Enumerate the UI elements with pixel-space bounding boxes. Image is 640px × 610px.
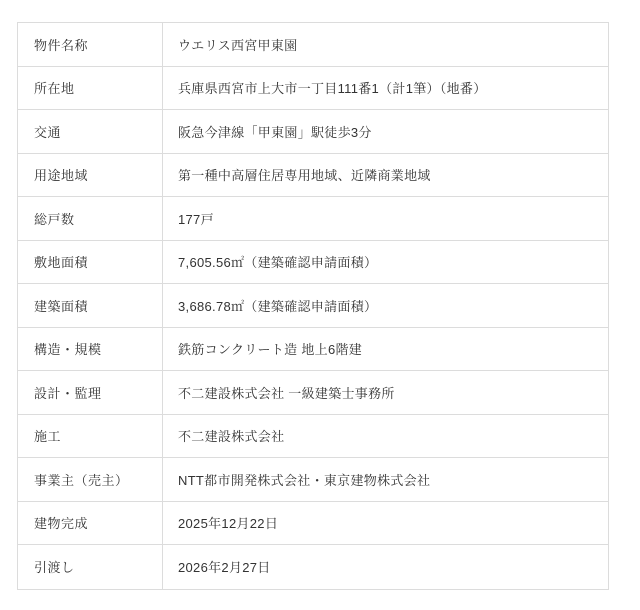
- row-label: 建築面積: [18, 284, 163, 327]
- row-value: NTT都市開発株式会社・東京建物株式会社: [163, 458, 608, 501]
- row-label: 建物完成: [18, 502, 163, 545]
- row-label: 総戸数: [18, 197, 163, 240]
- table-row: 所在地 兵庫県西宮市上大市一丁目111番1（計1筆）（地番）: [18, 67, 608, 111]
- row-label: 物件名称: [18, 23, 163, 66]
- table-row: 用途地域 第一種中高層住居専用地域、近隣商業地域: [18, 154, 608, 198]
- table-row: 引渡し 2026年2月27日: [18, 545, 608, 589]
- row-value: 2025年12月22日: [163, 502, 608, 545]
- row-value: 不二建設株式会社: [163, 415, 608, 458]
- row-label: 設計・監理: [18, 371, 163, 414]
- row-label: 施工: [18, 415, 163, 458]
- row-value: 鉄筋コンクリート造 地上6階建: [163, 328, 608, 371]
- row-value: 3,686.78㎡（建築確認申請面積）: [163, 284, 608, 327]
- table-row: 交通 阪急今津線「甲東園」駅徒歩3分: [18, 110, 608, 154]
- row-value: 第一種中高層住居専用地域、近隣商業地域: [163, 154, 608, 197]
- row-label: 用途地域: [18, 154, 163, 197]
- row-value: 7,605.56㎡（建築確認申請面積）: [163, 241, 608, 284]
- row-value: 不二建設株式会社 一級建築士事務所: [163, 371, 608, 414]
- row-label: 所在地: [18, 67, 163, 110]
- table-row: 施工 不二建設株式会社: [18, 415, 608, 459]
- row-label: 事業主（売主）: [18, 458, 163, 501]
- table-row: 設計・監理 不二建設株式会社 一級建築士事務所: [18, 371, 608, 415]
- row-value: 阪急今津線「甲東園」駅徒歩3分: [163, 110, 608, 153]
- table-row: 総戸数 177戸: [18, 197, 608, 241]
- table-row: 構造・規模 鉄筋コンクリート造 地上6階建: [18, 328, 608, 372]
- row-label: 構造・規模: [18, 328, 163, 371]
- table-row: 事業主（売主） NTT都市開発株式会社・東京建物株式会社: [18, 458, 608, 502]
- property-spec-table: 物件名称 ウエリス西宮甲東園 所在地 兵庫県西宮市上大市一丁目111番1（計1筆…: [17, 22, 609, 590]
- row-value: ウエリス西宮甲東園: [163, 23, 608, 66]
- table-row: 敷地面積 7,605.56㎡（建築確認申請面積）: [18, 241, 608, 285]
- row-value: 177戸: [163, 197, 608, 240]
- table-row: 建物完成 2025年12月22日: [18, 502, 608, 546]
- table-row: 建築面積 3,686.78㎡（建築確認申請面積）: [18, 284, 608, 328]
- row-label: 引渡し: [18, 545, 163, 589]
- row-value: 兵庫県西宮市上大市一丁目111番1（計1筆）（地番）: [163, 67, 608, 110]
- table-row: 物件名称 ウエリス西宮甲東園: [18, 23, 608, 67]
- row-label: 交通: [18, 110, 163, 153]
- row-value: 2026年2月27日: [163, 545, 608, 589]
- row-label: 敷地面積: [18, 241, 163, 284]
